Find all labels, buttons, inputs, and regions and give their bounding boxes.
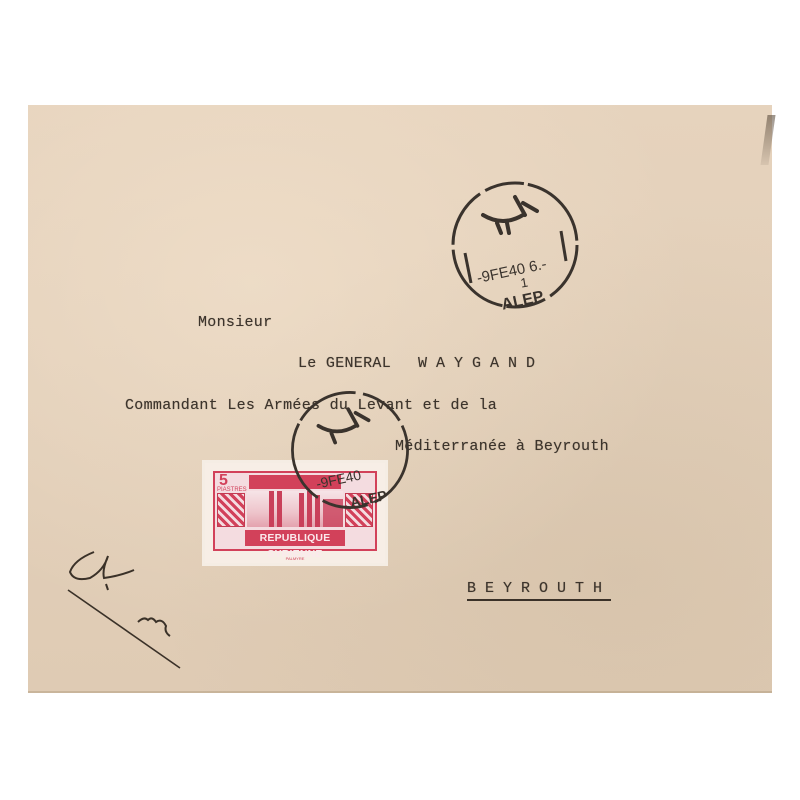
stamp-imprint: PALMYRE [205,556,385,561]
svg-text:-9FE40 6.-: -9FE40 6.- [475,256,548,287]
envelope-tear [760,115,775,165]
address-line-2: Méditerranée à Beyrouth [395,438,609,455]
postmark-circle-icon: -9FE40 6.- 1 ALEP [445,175,585,315]
handwriting-scribble-icon [60,530,200,680]
postmark-aleppo-stamp-cancel: -9FE40 ALEP [285,385,415,515]
svg-text:ALEP: ALEP [500,288,546,314]
postmark-aleppo-primary: -9FE40 6.- 1 ALEP [445,175,585,315]
address-name-prefix: Le GENERAL [298,355,391,372]
svg-text:-9FE40: -9FE40 [315,466,363,491]
stamp-ornament-left [217,493,245,527]
postmark-circle-icon: -9FE40 ALEP [285,385,415,515]
stamp-country-label: REPUBLIQUE SYRIENNE [245,530,345,546]
address-city: BEYROUTH [467,580,611,601]
address-salutation: Monsieur [198,314,272,331]
handwritten-note [60,530,200,680]
svg-text:ALEP: ALEP [349,487,389,510]
address-name: WAYGAND [418,355,544,372]
svg-text:1: 1 [519,275,529,291]
